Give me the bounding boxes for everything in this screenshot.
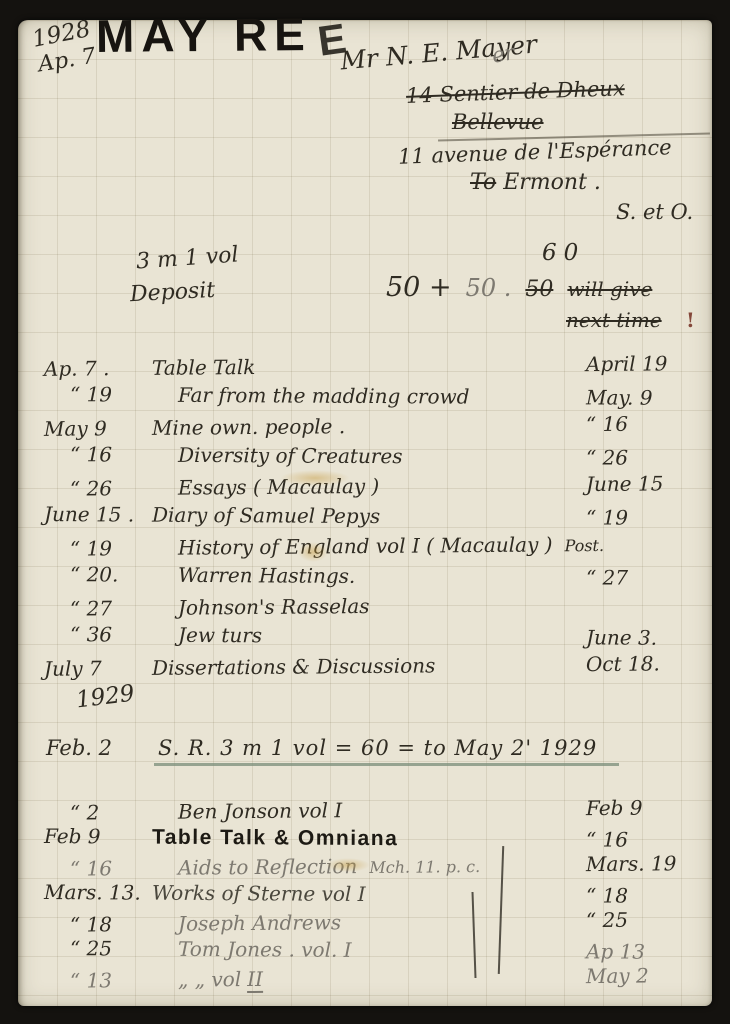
entry-title: Johnson's Rasselas <box>178 594 370 620</box>
name-correction: er <box>490 40 516 68</box>
entry-return-date: May. 9 <box>584 385 698 410</box>
subscription-terms: 3 m 1 vol <box>135 242 239 274</box>
entry-return-date: “ 16 <box>584 411 698 436</box>
borrow-row: “ 27 Johnson's Rasselas <box>36 591 698 627</box>
entry-date: “ 20. <box>36 562 178 587</box>
entry-title: Works of Sterne vol I <box>152 881 366 906</box>
address-region: S. et O. <box>616 200 693 224</box>
entry-title: Mine own. people . <box>152 414 345 440</box>
year-1929-label: 1929 <box>75 681 136 714</box>
deposit-note-2: next time ! <box>566 308 695 332</box>
entry-title: Ben Jonson vol I <box>178 798 342 823</box>
entry-title: Joseph Andrews <box>178 910 341 935</box>
entry-date: “ 36 <box>36 622 178 647</box>
borrow-row: “ 16 Diversity of Creatures “ 26 <box>36 442 698 476</box>
lending-card: 1928 . Ap. 7 MAY RE E Mr N. E. Mayer er … <box>18 20 712 1006</box>
entry-date: “ 2 <box>36 800 178 825</box>
borrow-row: “ 20. Warren Hastings. “ 27 <box>36 562 698 596</box>
borrow-row: “ 36 Jew turs June 3. <box>36 622 698 656</box>
scan-background: { "card": { "year_label": "1928 .", "sta… <box>0 0 730 1024</box>
amount-3-struck: 50 <box>525 277 553 302</box>
entry-return-date: Feb 9 <box>584 795 698 820</box>
borrow-row: “ 19 Far from the madding crowd May. 9 <box>36 382 698 416</box>
entry-title: Table Talk & Omniana <box>152 826 398 852</box>
entry-date: “ 16 <box>36 442 178 467</box>
entry-return-date: “ 26 <box>584 445 698 470</box>
entry-date: “ 25 <box>36 936 178 961</box>
entry-date: “ 13 <box>36 968 178 993</box>
stain <box>298 542 328 562</box>
entry-title: „ „ vol <box>178 967 241 992</box>
entry-title: Tom Jones . vol. I <box>178 937 352 962</box>
entry-title: Table Talk <box>152 355 256 380</box>
entry-title: Jew turs <box>178 623 262 648</box>
entry-title: Warren Hastings. <box>178 563 355 588</box>
entry-title: History of England vol I ( Macaulay ) <box>178 532 553 559</box>
entry-return-date: “ 25 <box>584 907 698 932</box>
entry-date: “ 19 <box>36 382 178 407</box>
borrow-row: July 7 Dissertations & Discussions Oct 1… <box>36 651 698 687</box>
borrow-row: May 9 Mine own. people . “ 16 <box>36 411 698 447</box>
entry-note: Post. <box>564 536 604 555</box>
entry-return-date: June 15 <box>584 471 698 496</box>
borrow-row: “ 26 Essays ( Macaulay ) June 15 <box>36 471 698 507</box>
exclamation-mark: ! <box>686 308 695 332</box>
entries-1929: “ 2 Ben Jonson vol I Feb 9 Feb 9 Table T… <box>36 798 698 994</box>
borrow-row: June 15 . Diary of Samuel Pepys “ 19 <box>36 502 698 536</box>
renewal-terms: S. R. 3 m 1 vol = 60 = to May 2' 1929 <box>154 736 619 766</box>
entry-return-date: “ 18 <box>584 883 698 908</box>
deposit-note-1: will give <box>567 277 652 301</box>
borrow-row: Ap. 7 . Table Talk April 19 <box>36 351 698 387</box>
entry-date: Mars. 13. <box>36 880 152 905</box>
borrow-row: “ 13 „ „ vol II May 2 <box>36 963 698 997</box>
renewal-date: Feb. 2 <box>46 736 154 760</box>
amount-top: 60 <box>542 240 585 266</box>
entries-1928: Ap. 7 . Table Talk April 19 “ 19 Far fro… <box>36 354 698 684</box>
entry-return-date <box>584 610 698 611</box>
entry-date: Feb 9 <box>36 824 152 849</box>
deposit-note-2-text: next time <box>566 308 662 332</box>
address-line-4: To Ermont . <box>470 170 601 195</box>
entry-return-date: April 19 <box>584 351 698 376</box>
address-line-1: 14 Sentier de Dheux <box>406 76 625 108</box>
renewal-row: Feb. 2 S. R. 3 m 1 vol = 60 = to May 2' … <box>46 736 619 766</box>
name-stamp: MAY RE <box>96 7 312 63</box>
entry-date: “ 16 <box>36 856 178 881</box>
address-struck-word: To <box>470 170 496 195</box>
borrow-row: “ 19 History of England vol I ( Macaulay… <box>36 531 698 567</box>
stain <box>326 858 370 872</box>
deposit-amounts: 50 + 50 . 50 will give <box>386 272 652 303</box>
entry-note: Mch. 11. p. c. <box>369 857 480 877</box>
entry-title: Far from the madding crowd <box>178 383 470 409</box>
entry-volume: II <box>247 967 263 993</box>
entry-return-date: “ 19 <box>584 505 698 530</box>
stain <box>280 470 350 486</box>
deposit-label: Deposit <box>129 278 215 307</box>
entry-date: July 7 <box>36 656 152 681</box>
entry-return-date: Mars. 19 <box>584 851 698 876</box>
address-line-2: Bellevue <box>452 110 544 134</box>
entry-date: May 9 <box>36 416 152 441</box>
entry-date: “ 26 <box>36 476 178 501</box>
entry-return-date <box>604 550 718 551</box>
entry-return-date: Ap 13 <box>584 939 698 964</box>
amount-1: 50 + <box>386 272 452 303</box>
entry-title: Dissertations & Discussions <box>152 653 436 679</box>
address-city: Ermont . <box>503 170 601 195</box>
entry-title: Diversity of Creatures <box>178 443 403 468</box>
entry-return-date: “ 27 <box>584 565 698 590</box>
entry-return-date: “ 16 <box>584 827 698 852</box>
entry-date: Ap. 7 . <box>36 356 152 381</box>
entry-date: “ 27 <box>36 596 178 621</box>
entry-date: “ 19 <box>36 536 178 561</box>
entry-date: June 15 . <box>36 502 152 527</box>
amount-2: 50 . <box>466 274 512 302</box>
entry-return-date: Oct 18. <box>584 651 698 676</box>
entry-date: “ 18 <box>36 912 178 937</box>
entry-return-date: May 2 <box>584 963 698 988</box>
entry-title: Diary of Samuel Pepys <box>152 503 380 528</box>
entry-return-date: June 3. <box>584 625 698 650</box>
